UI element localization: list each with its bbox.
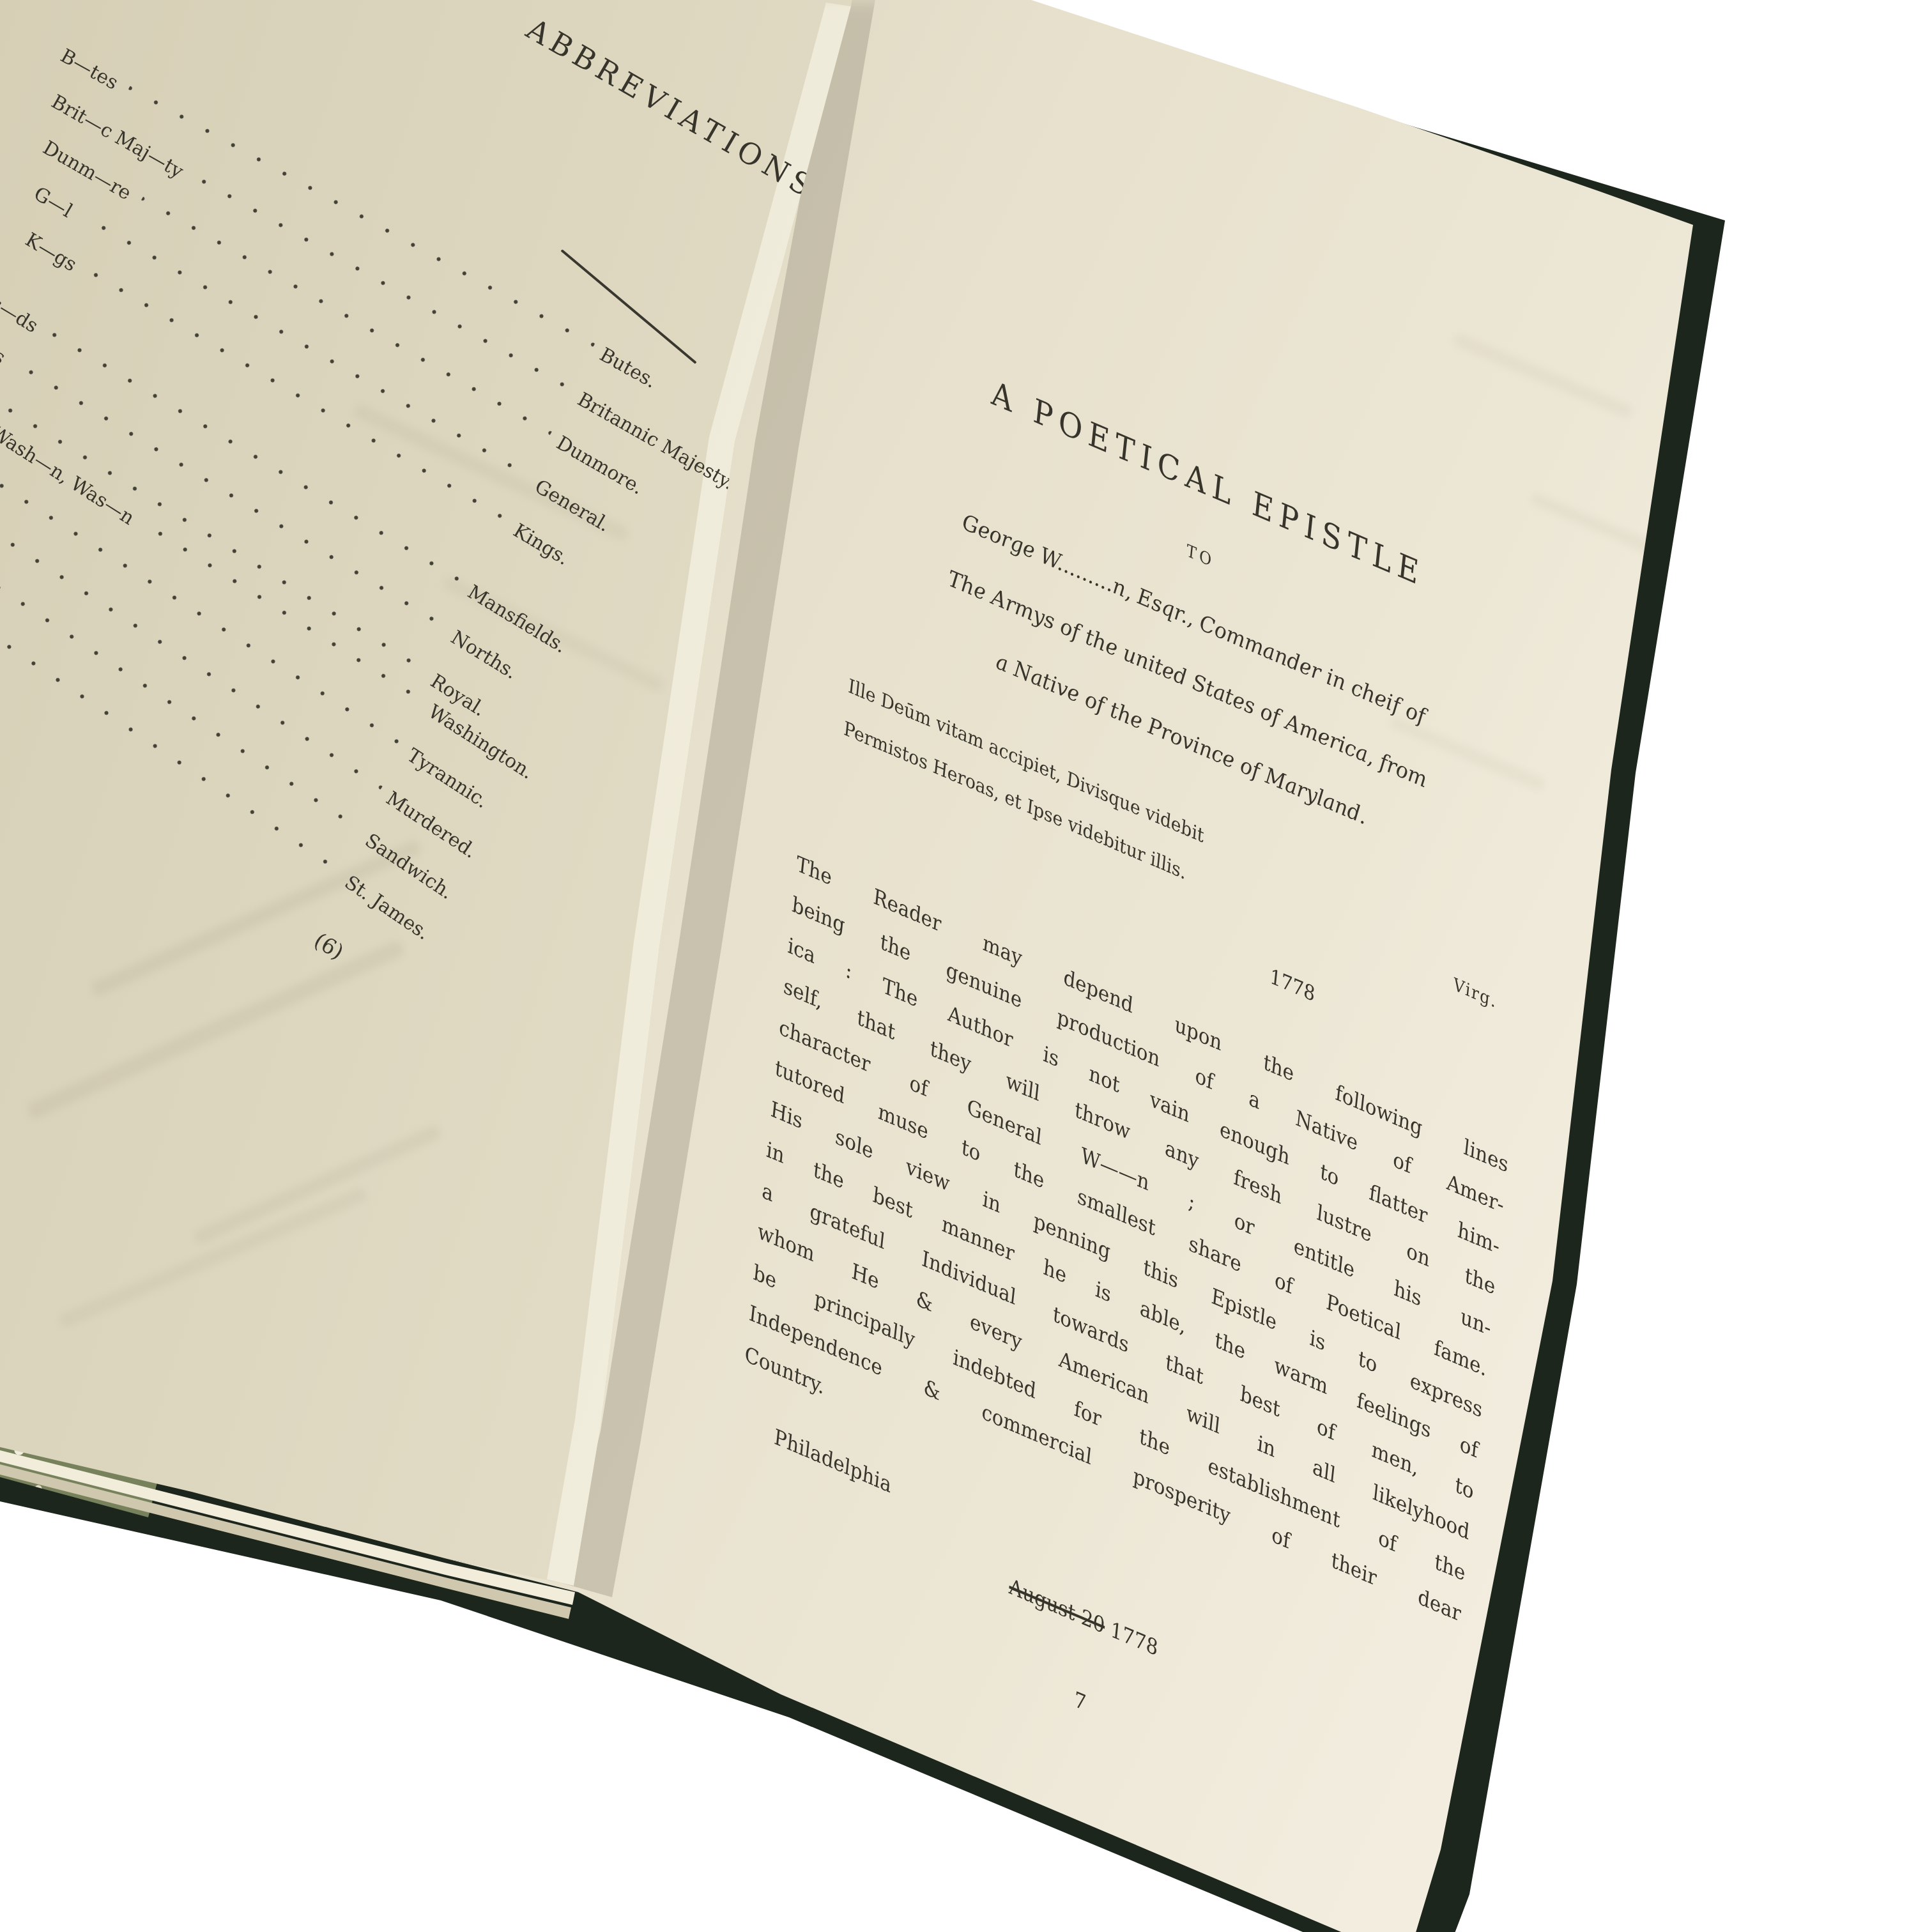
epigraph-attribution: Virg. <box>1451 963 1499 1023</box>
book-photo: A POETICAL EPISTLE TO George W.........n… <box>0 0 1932 1932</box>
dateline-year: 1778 <box>1109 1617 1159 1661</box>
abbr-label: hs <box>0 339 10 369</box>
